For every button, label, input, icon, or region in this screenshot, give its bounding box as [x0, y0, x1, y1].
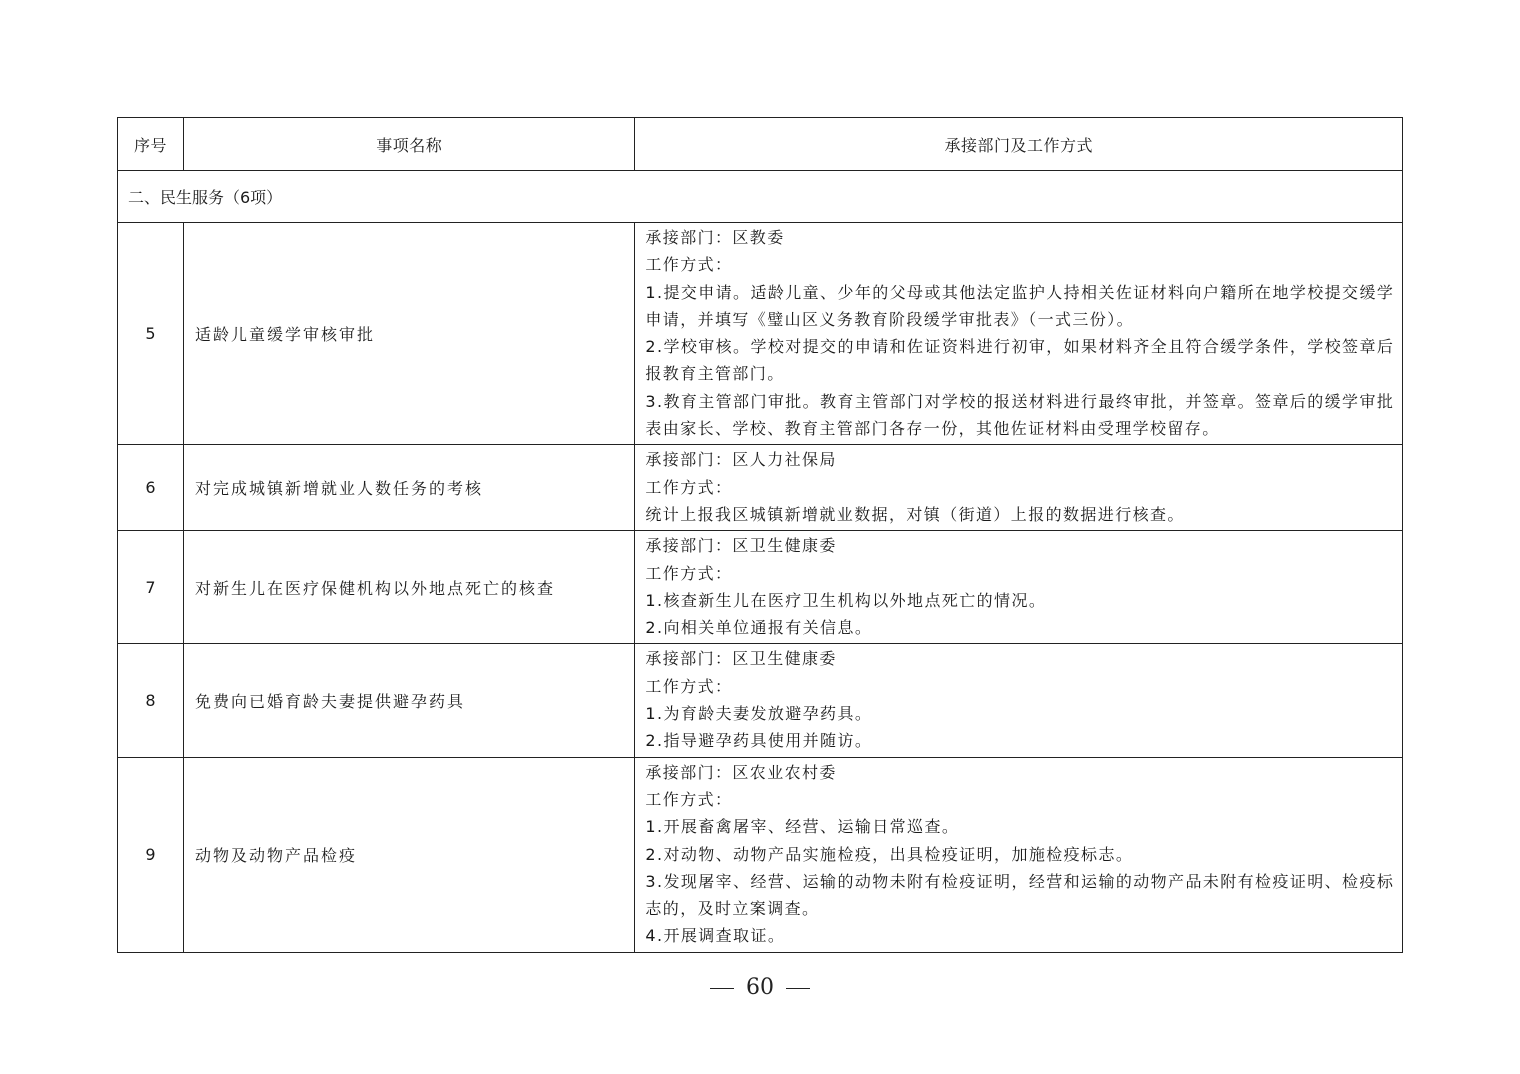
- row-item-name: 动物及动物产品检疫: [184, 757, 635, 952]
- header-item-name: 事项名称: [184, 118, 635, 171]
- row-department-method: 承接部门：区农业农村委 工作方式： 1.开展畜禽屠宰、经营、运输日常巡查。 2.…: [635, 757, 1403, 952]
- row-number: 5: [118, 223, 184, 445]
- service-items-table: 序号 事项名称 承接部门及工作方式 二、民生服务（6项） 5 适龄儿童缓学审核审…: [117, 117, 1403, 953]
- row-number: 6: [118, 445, 184, 531]
- method-step: 2.对动物、动物产品实施检疫，出具检疫证明，加施检疫标志。: [645, 841, 1396, 868]
- table-row: 8 免费向已婚育龄夫妻提供避孕药具 承接部门：区卫生健康委 工作方式： 1.为育…: [118, 644, 1403, 757]
- method-label: 工作方式：: [645, 251, 1396, 278]
- method-step: 4.开展调查取证。: [645, 922, 1396, 949]
- method-step: 1.开展畜禽屠宰、经营、运输日常巡查。: [645, 813, 1396, 840]
- header-department-method: 承接部门及工作方式: [635, 118, 1403, 171]
- method-label: 工作方式：: [645, 474, 1396, 501]
- table-row: 9 动物及动物产品检疫 承接部门：区农业农村委 工作方式： 1.开展畜禽屠宰、经…: [118, 757, 1403, 952]
- row-department-method: 承接部门：区教委 工作方式： 1.提交申请。适龄儿童、少年的父母或其他法定监护人…: [635, 223, 1403, 445]
- row-number: 9: [118, 757, 184, 952]
- method-label: 工作方式：: [645, 673, 1396, 700]
- method-step: 1.为育龄夫妻发放避孕药具。: [645, 700, 1396, 727]
- table-header-row: 序号 事项名称 承接部门及工作方式: [118, 118, 1403, 171]
- department-label: 承接部门：区卫生健康委: [645, 645, 1396, 672]
- row-department-method: 承接部门：区卫生健康委 工作方式： 1.为育龄夫妻发放避孕药具。 2.指导避孕药…: [635, 644, 1403, 757]
- department-label: 承接部门：区卫生健康委: [645, 532, 1396, 559]
- method-step: 2.向相关单位通报有关信息。: [645, 614, 1396, 641]
- page-number: 60: [746, 975, 774, 1000]
- method-step: 2.学校审核。学校对提交的申请和佐证资料进行初审，如果材料齐全且符合缓学条件，学…: [645, 333, 1396, 388]
- row-department-method: 承接部门：区卫生健康委 工作方式： 1.核查新生儿在医疗卫生机构以外地点死亡的情…: [635, 531, 1403, 644]
- footer-dash-left: [710, 988, 734, 989]
- row-item-name: 适龄儿童缓学审核审批: [184, 223, 635, 445]
- department-label: 承接部门：区教委: [645, 224, 1396, 251]
- footer-dash-right: [786, 988, 810, 989]
- method-label: 工作方式：: [645, 560, 1396, 587]
- section-title: 二、民生服务（6项）: [118, 171, 1403, 223]
- row-item-name: 对完成城镇新增就业人数任务的考核: [184, 445, 635, 531]
- method-step: 3.发现屠宰、经营、运输的动物未附有检疫证明，经营和运输的动物产品未附有检疫证明…: [645, 868, 1396, 923]
- row-item-name: 免费向已婚育龄夫妻提供避孕药具: [184, 644, 635, 757]
- method-label: 工作方式：: [645, 786, 1396, 813]
- method-step: 统计上报我区城镇新增就业数据，对镇（街道）上报的数据进行核查。: [645, 501, 1396, 528]
- row-department-method: 承接部门：区人力社保局 工作方式： 统计上报我区城镇新增就业数据，对镇（街道）上…: [635, 445, 1403, 531]
- method-step: 3.教育主管部门审批。教育主管部门对学校的报送材料进行最终审批，并签章。签章后的…: [645, 388, 1396, 443]
- header-serial-number: 序号: [118, 118, 184, 171]
- page-footer: 60: [0, 975, 1520, 1000]
- table-row: 5 适龄儿童缓学审核审批 承接部门：区教委 工作方式： 1.提交申请。适龄儿童、…: [118, 223, 1403, 445]
- method-step: 2.指导避孕药具使用并随访。: [645, 727, 1396, 754]
- table-row: 7 对新生儿在医疗保健机构以外地点死亡的核查 承接部门：区卫生健康委 工作方式：…: [118, 531, 1403, 644]
- method-step: 1.核查新生儿在医疗卫生机构以外地点死亡的情况。: [645, 587, 1396, 614]
- row-item-name: 对新生儿在医疗保健机构以外地点死亡的核查: [184, 531, 635, 644]
- section-heading-row: 二、民生服务（6项）: [118, 171, 1403, 223]
- table-row: 6 对完成城镇新增就业人数任务的考核 承接部门：区人力社保局 工作方式： 统计上…: [118, 445, 1403, 531]
- method-step: 1.提交申请。适龄儿童、少年的父母或其他法定监护人持相关佐证材料向户籍所在地学校…: [645, 279, 1396, 334]
- department-label: 承接部门：区农业农村委: [645, 759, 1396, 786]
- row-number: 8: [118, 644, 184, 757]
- row-number: 7: [118, 531, 184, 644]
- department-label: 承接部门：区人力社保局: [645, 446, 1396, 473]
